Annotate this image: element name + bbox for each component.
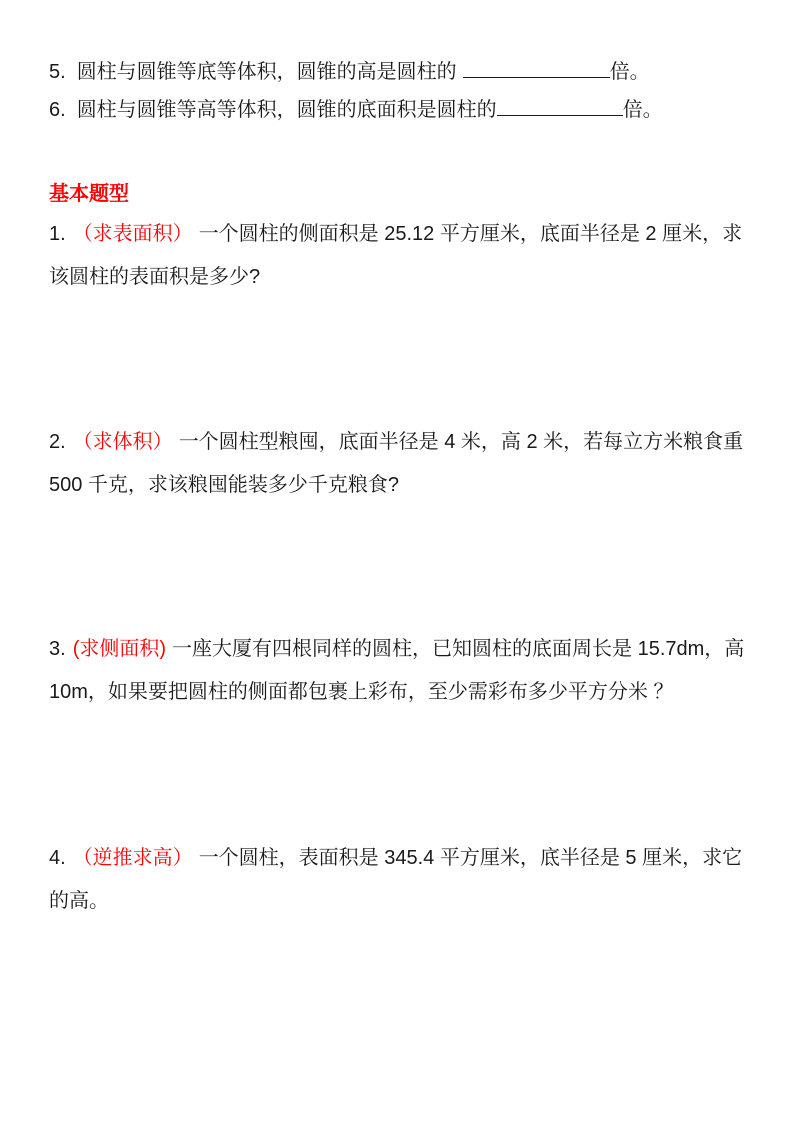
answer-blank [497,97,623,116]
question-text: 圆柱与圆锥等高等体积，圆锥的底面积是圆柱的 [77,99,497,121]
question-number: 1. [49,223,66,245]
question-3: 3.(求侧面积)一座大厦有四根同样的圆柱，已知圆柱的底面周长是 15.7dm，高… [49,628,749,714]
question-number: 2. [49,431,66,453]
question-1: 1.（求表面积）一个圆柱的侧面积是 25.12 平方厘米，底面半径是 2 厘米，… [49,213,749,299]
section-heading: 基本题型 [49,182,129,206]
question-text-suffix: 倍。 [623,99,663,121]
question-4: 4.（逆推求高）一个圆柱，表面积是 345.4 平方厘米，底半径是 5 厘米，求… [49,837,749,923]
question-number: 5. [49,61,66,83]
question-type-tag: （求体积） [73,431,173,453]
question-number: 4. [49,847,66,869]
fill-in-question-6: 6.圆柱与圆锥等高等体积，圆锥的底面积是圆柱的倍。 [49,97,663,123]
answer-blank [463,59,610,78]
fill-in-question-5: 5.圆柱与圆锥等底等体积，圆锥的高是圆柱的倍。 [49,59,650,85]
question-text-suffix: 倍。 [610,61,650,83]
question-text: 圆柱与圆锥等底等体积，圆锥的高是圆柱的 [77,61,457,83]
question-2: 2.（求体积）一个圆柱型粮囤，底面半径是 4 米，高 2 米，若每立方米粮食重 … [49,421,749,507]
worksheet-page: 5.圆柱与圆锥等底等体积，圆锥的高是圆柱的倍。 6.圆柱与圆锥等高等体积，圆锥的… [0,0,793,1122]
question-type-tag: （求表面积） [73,223,193,245]
question-type-tag: (求侧面积) [73,638,166,660]
question-number: 6. [49,99,66,121]
question-number: 3. [49,638,66,660]
question-type-tag: （逆推求高） [73,847,193,869]
